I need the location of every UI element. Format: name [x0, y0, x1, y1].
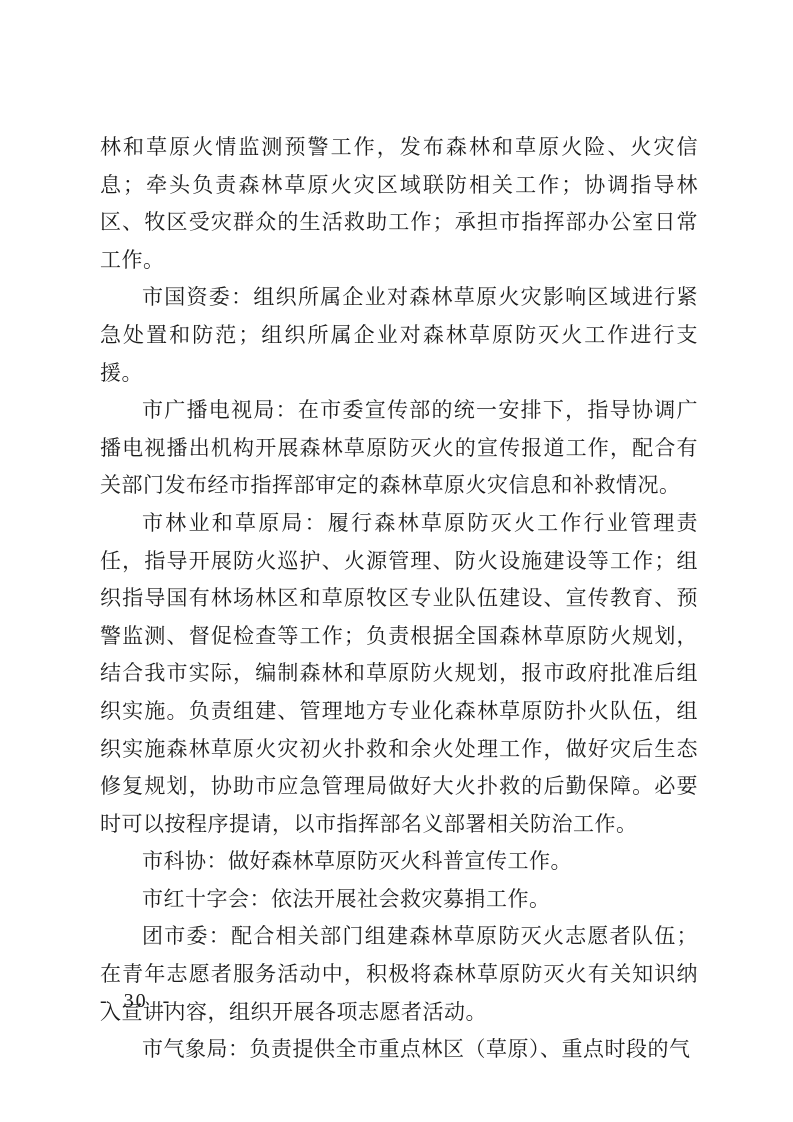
body-paragraph: 市林业和草原局：履行森林草原防灭火工作行业管理责任，指导开展防火巡护、火源管理、… [100, 505, 698, 843]
body-paragraph: 市红十字会：依法开展社会救灾募捐工作。 [100, 881, 698, 919]
document-body: 林和草原火情监测预警工作，发布森林和草原火险、火灾信息；牵头负责森林草原火灾区域… [100, 129, 698, 1069]
body-paragraph: 市气象局：负责提供全市重点林区（草原）、重点时段的气 [100, 1031, 698, 1069]
body-paragraph: 市科协：做好森林草原防灭火科普宣传工作。 [100, 843, 698, 881]
body-paragraph: 林和草原火情监测预警工作，发布森林和草原火险、火灾信息；牵头负责森林草原火灾区域… [100, 129, 698, 279]
body-paragraph: 市广播电视局：在市委宣传部的统一安排下，指导协调广播电视播出机构开展森林草原防灭… [100, 392, 698, 505]
document-page: 林和草原火情监测预警工作，发布森林和草原火险、火灾信息；牵头负责森林草原火灾区域… [0, 0, 793, 1122]
body-paragraph: 团市委：配合相关部门组建森林草原防灭火志愿者队伍；在青年志愿者服务活动中，积极将… [100, 918, 698, 1031]
page-number: - 30 - [100, 988, 171, 1014]
body-paragraph: 市国资委：组织所属企业对森林草原火灾影响区域进行紧急处置和防范；组织所属企业对森… [100, 279, 698, 392]
